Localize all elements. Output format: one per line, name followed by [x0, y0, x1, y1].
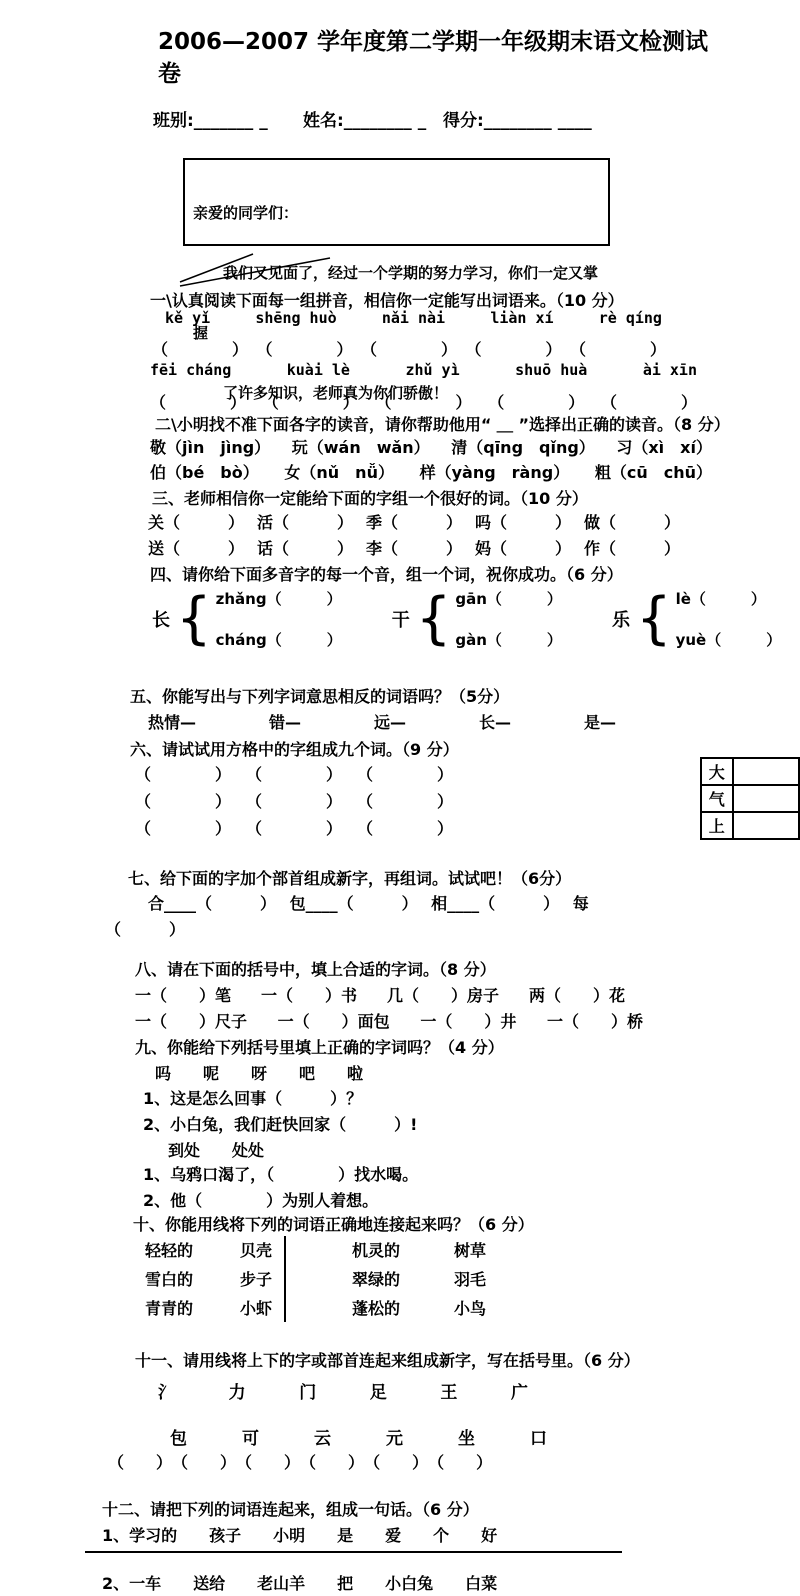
grid-cell: 气 [701, 785, 733, 812]
blank-parens: （ ） [108, 1450, 172, 1473]
blank-parens: （ ） [601, 390, 697, 413]
polyphone-reading: gān（ ） [455, 588, 562, 609]
polyphone-reading: lè（ ） [676, 588, 782, 609]
blank-parens: （ ） [135, 762, 231, 785]
blank-parens: （ ） [246, 816, 342, 839]
notice-line: 亲爱的同学们： [193, 203, 600, 223]
polyphone-char: 干 [392, 606, 410, 632]
grid-row: 上 [701, 812, 799, 839]
word-building-item: 活（ ） [257, 510, 353, 533]
pinyin-group: nǎi nài [382, 309, 445, 327]
measure-word-row-1: 一（ ）笔 一（ ）书 几（ ）房子 两（ ）花 [135, 983, 625, 1006]
matching-right-column: 机灵的树草 翠绿的羽毛 蓬松的小鸟 [352, 1236, 486, 1323]
blank-parens: （ ） [256, 337, 352, 360]
radical-char: 力 [229, 1378, 246, 1403]
polyphone-reading: yuè（ ） [676, 629, 782, 650]
speech-bubble-tail [168, 245, 343, 293]
radical-char: 坐 [458, 1424, 475, 1449]
polyphone-reading: cháng（ ） [216, 629, 342, 650]
matching-noun: 羽毛 [454, 1265, 486, 1294]
answer-blanks-row: （ ） （ ） （ ） （ ） （ ） [152, 337, 666, 360]
pronunciation-item: 粗（cū chū） [595, 460, 712, 483]
polyphone-char: 长 [152, 606, 170, 632]
grid-cell [733, 812, 800, 839]
section-3-heading: 三、老师相信你一定能给下面的字组一个很好的词。（10 分） [152, 486, 588, 509]
word-building-item: 李（ ） [366, 536, 462, 559]
antonym-item: 热情— [148, 710, 196, 733]
matching-noun: 贝壳 [240, 1236, 272, 1265]
radical-char: 包 [170, 1424, 187, 1449]
radical-char: 可 [242, 1424, 259, 1449]
antonym-item: 错— [269, 710, 301, 733]
answer-blanks-row: （ ） （ ） （ ） （ ） （ ） （ ） [108, 1450, 472, 1473]
section-11-heading: 十一、请用线将上下的字或部首连起来组成新字，写在括号里。（6 分） [135, 1348, 640, 1371]
radical-char: 氵 [158, 1378, 175, 1403]
blank-parens: （ ） [172, 1450, 236, 1473]
measure-word-item: 两（ ）花 [529, 983, 625, 1006]
question-line: 2、他（ ）为别人着想。 [143, 1188, 378, 1211]
measure-word-item: 一（ ）面包 [278, 1009, 390, 1032]
section-7-heading: 七、给下面的字加个部首组成新字，再组词。试试吧！（6分） [128, 866, 571, 889]
answer-blanks-row: （ ） （ ） （ ） [135, 816, 453, 839]
page-title: 2006—2007 学年度第二学期一年级期末语文检测试卷 [158, 26, 710, 90]
radical-char: 口 [530, 1424, 547, 1449]
matching-left-column: 轻轻的贝壳 雪白的步子 青青的小虾 [145, 1236, 272, 1323]
pronunciation-item: 女（nǔ nǚ） [284, 460, 394, 483]
pinyin-group: ài xīn [643, 361, 697, 379]
answer-blanks-row: （ ） （ ） （ ） [135, 789, 453, 812]
grid-cell [733, 785, 800, 812]
pinyin-row-2: fēi cháng kuài lè zhǔ yì shuō huà ài xīn [150, 361, 697, 379]
word-building-item: 关（ ） [148, 510, 244, 533]
grid-cell: 大 [701, 758, 733, 785]
pinyin-group: rè qíng [599, 309, 662, 327]
brace-glyph: { [416, 584, 452, 654]
word-building-item: 作（ ） [584, 536, 680, 559]
matching-noun: 小鸟 [454, 1294, 486, 1323]
blank-parens: （ ） [428, 1450, 492, 1473]
blank-parens: （ ） [488, 390, 584, 413]
matching-adjective: 轻轻的 [145, 1236, 240, 1265]
section-5-heading: 五、你能写出与下列字词意思相反的词语吗？（5分） [130, 684, 509, 707]
section-1-heading: 一\认真阅读下面每一组拼音，相信你一定能写出词语来。（10 分） [150, 288, 624, 311]
grid-cell [733, 758, 800, 785]
radical-char: 元 [386, 1424, 403, 1449]
pinyin-group: shēng huò [255, 309, 336, 327]
word-building-item: 吗（ ） [475, 510, 571, 533]
pinyin-group: fēi cháng [150, 361, 231, 379]
teacher-message-box: 亲爱的同学们： 我们又见面了，经过一个学期的努力学习，你们一定又掌 握 了许多知… [183, 158, 610, 246]
blank-parens: （ ） [375, 390, 471, 413]
blank-parens: （ ） [570, 337, 666, 360]
word-building-row-2: 送（ ） 话（ ） 李（ ） 妈（ ） 作（ ） [148, 536, 680, 559]
pronunciation-row-2: 伯（bé bò） 女（nǔ nǚ） 样（yàng ràng） 粗（cū chū） [150, 460, 712, 483]
section-10-heading: 十、你能用线将下列的词语正确地连接起来吗？（6 分） [133, 1212, 534, 1235]
blank-parens: （ ） [236, 1450, 300, 1473]
grid-cell: 上 [701, 812, 733, 839]
word-options: 到处 处处 [168, 1138, 264, 1161]
pronunciation-item: 玩（wán wǎn） [292, 435, 430, 458]
blank-parens: （ ） [357, 789, 453, 812]
polyphone-reading: zhǎng（ ） [216, 588, 342, 609]
word-building-item: 做（ ） [584, 510, 680, 533]
section-2-heading: 二\小明找不准下面各字的读音，请你帮助他用“ ＿ ”选择出正确的读音。（8 分） [155, 412, 800, 435]
measure-word-item: 几（ ）房子 [387, 983, 499, 1006]
blank-parens: （ ） [135, 789, 231, 812]
polyphone-group: 长 { zhǎng（ ）cháng（ ） [152, 584, 342, 654]
pinyin-row-1: kě yǐ shēng huò nǎi nài liàn xí rè qíng [165, 309, 662, 327]
blank-parens: （ ） [152, 337, 248, 360]
measure-word-item: 一（ ）笔 [135, 983, 231, 1006]
pinyin-group: zhǔ yì [405, 361, 459, 379]
class-field: 班别:_______ _ [153, 106, 268, 131]
pronunciation-item: 敬（jìn jìng） [150, 435, 270, 458]
radical-char: 广 [511, 1378, 528, 1403]
matching-noun: 步子 [240, 1265, 272, 1294]
word-building-row-1: 关（ ） 活（ ） 季（ ） 吗（ ） 做（ ） [148, 510, 680, 533]
pinyin-group: shuō huà [515, 361, 587, 379]
pronunciation-item: 伯（bé bò） [150, 460, 259, 483]
particle-options: 吗 呢 呀 吧 啦 [155, 1061, 363, 1084]
matching-adjective: 翠绿的 [352, 1265, 454, 1294]
brace-glyph: { [176, 584, 212, 654]
question-line: 2、小白兔，我们赶快回家（ ）! [143, 1112, 417, 1135]
pronunciation-item: 样（yàng ràng） [420, 460, 570, 483]
radical-bottom-row: 包 可 云 元 坐 口 [170, 1424, 547, 1449]
matching-block: 轻轻的贝壳 雪白的步子 青青的小虾 机灵的树草 翠绿的羽毛 蓬松的小鸟 [145, 1236, 486, 1323]
antonym-row: 热情— 错— 远— 长— 是— [148, 710, 616, 733]
section-6-heading: 六、请试试用方格中的字组成九个词。（9 分） [130, 737, 459, 760]
polyphone-group: 乐 { lè（ ）yuè（ ） [612, 584, 781, 654]
test-paper-page: 2006—2007 学年度第二学期一年级期末语文检测试卷 班别:_______ … [0, 0, 800, 1596]
polyphone-group: 干 { gān（ ）gàn（ ） [392, 584, 562, 654]
blank-parens: （ ） [246, 762, 342, 785]
matching-adjective: 机灵的 [352, 1236, 454, 1265]
pinyin-group: liàn xí [490, 309, 553, 327]
section-12-heading: 十二、请把下列的词语连起来，组成一句话。（6 分） [102, 1497, 479, 1520]
answer-rule-line [85, 1551, 622, 1553]
radical-char: 王 [440, 1378, 457, 1403]
antonym-item: 远— [374, 710, 406, 733]
radical-top-row: 氵 力 门 足 王 广 [158, 1378, 528, 1403]
section-4-heading: 四、请你给下面多音字的每一个音，组一个词，祝你成功。（6 分） [150, 562, 623, 585]
pinyin-group: kuài lè [287, 361, 350, 379]
sentence-words-line: 1、学习的 孩子 小明 是 爱 个 好 [102, 1523, 497, 1546]
matching-adjective: 蓬松的 [352, 1294, 454, 1323]
word-building-item: 送（ ） [148, 536, 244, 559]
polyphone-char: 乐 [612, 606, 630, 632]
word-building-item: 妈（ ） [475, 536, 571, 559]
blank-parens: （ ） [361, 337, 457, 360]
sentence-words-line: 2、一车 送给 老山羊 把 小白兔 白菜 [102, 1571, 497, 1594]
answer-blanks-row: （ ） （ ） （ ） （ ） （ ） [150, 390, 697, 413]
pronunciation-item: 清（qīng qǐng） [451, 435, 595, 458]
grid-row: 大 [701, 758, 799, 785]
measure-word-item: 一（ ）井 [420, 1009, 516, 1032]
character-grid: 大 气 上 [700, 757, 800, 840]
polyphone-reading: gàn（ ） [455, 629, 562, 650]
radical-char: 足 [370, 1378, 387, 1403]
answer-blanks-row: （ ） （ ） （ ） [135, 762, 453, 785]
antonym-item: 是— [584, 710, 616, 733]
matching-divider-line [284, 1236, 286, 1322]
blank-parens: （ ） [135, 816, 231, 839]
blank-parens: （ ） [263, 390, 359, 413]
matching-noun: 小虾 [240, 1294, 272, 1323]
blank-parens: （ ） [300, 1450, 364, 1473]
blank-parens: （ ） [357, 762, 453, 785]
blank-parens: （ ） [246, 789, 342, 812]
measure-word-item: 一（ ）尺子 [135, 1009, 247, 1032]
radical-line-2: （ ） [105, 917, 185, 940]
word-building-item: 季（ ） [366, 510, 462, 533]
radical-line-1: 合____（ ） 包____（ ） 相____（ ） 每 [148, 891, 589, 914]
pronunciation-item: 习（xì xí） [616, 435, 712, 458]
section-9-heading: 九、你能给下列括号里填上正确的字词吗？（4 分） [135, 1035, 504, 1058]
brace-glyph: { [636, 584, 672, 654]
polyphone-groups: 长 { zhǎng（ ）cháng（ ） 干 { gān（ ）gàn（ ） 乐 … [152, 584, 781, 654]
question-line: 1、乌鸦口渴了，（ ）找水喝。 [143, 1162, 418, 1185]
blank-parens: （ ） [364, 1450, 428, 1473]
matching-noun: 树草 [454, 1236, 486, 1265]
matching-adjective: 雪白的 [145, 1265, 240, 1294]
antonym-item: 长— [479, 710, 511, 733]
pronunciation-row-1: 敬（jìn jìng） 玩（wán wǎn） 清（qīng qǐng） 习（xì… [150, 435, 712, 458]
blank-parens: （ ） [150, 390, 246, 413]
blank-parens: （ ） [357, 816, 453, 839]
question-line: 1、这是怎么回事（ ）？ [143, 1086, 362, 1109]
pinyin-group: kě yǐ [165, 309, 210, 327]
section-8-heading: 八、请在下面的括号中，填上合适的字词。（8 分） [135, 957, 496, 980]
word-building-item: 话（ ） [257, 536, 353, 559]
name-field: 姓名:________ _ [303, 106, 426, 131]
matching-adjective: 青青的 [145, 1294, 240, 1323]
measure-word-row-2: 一（ ）尺子 一（ ）面包 一（ ）井 一（ ）桥 [135, 1009, 643, 1032]
grid-row: 气 [701, 785, 799, 812]
radical-char: 门 [299, 1378, 316, 1403]
radical-char: 云 [314, 1424, 331, 1449]
measure-word-item: 一（ ）桥 [547, 1009, 643, 1032]
measure-word-item: 一（ ）书 [261, 983, 357, 1006]
score-field: 得分:________ ____ [443, 106, 592, 131]
blank-parens: （ ） [465, 337, 561, 360]
